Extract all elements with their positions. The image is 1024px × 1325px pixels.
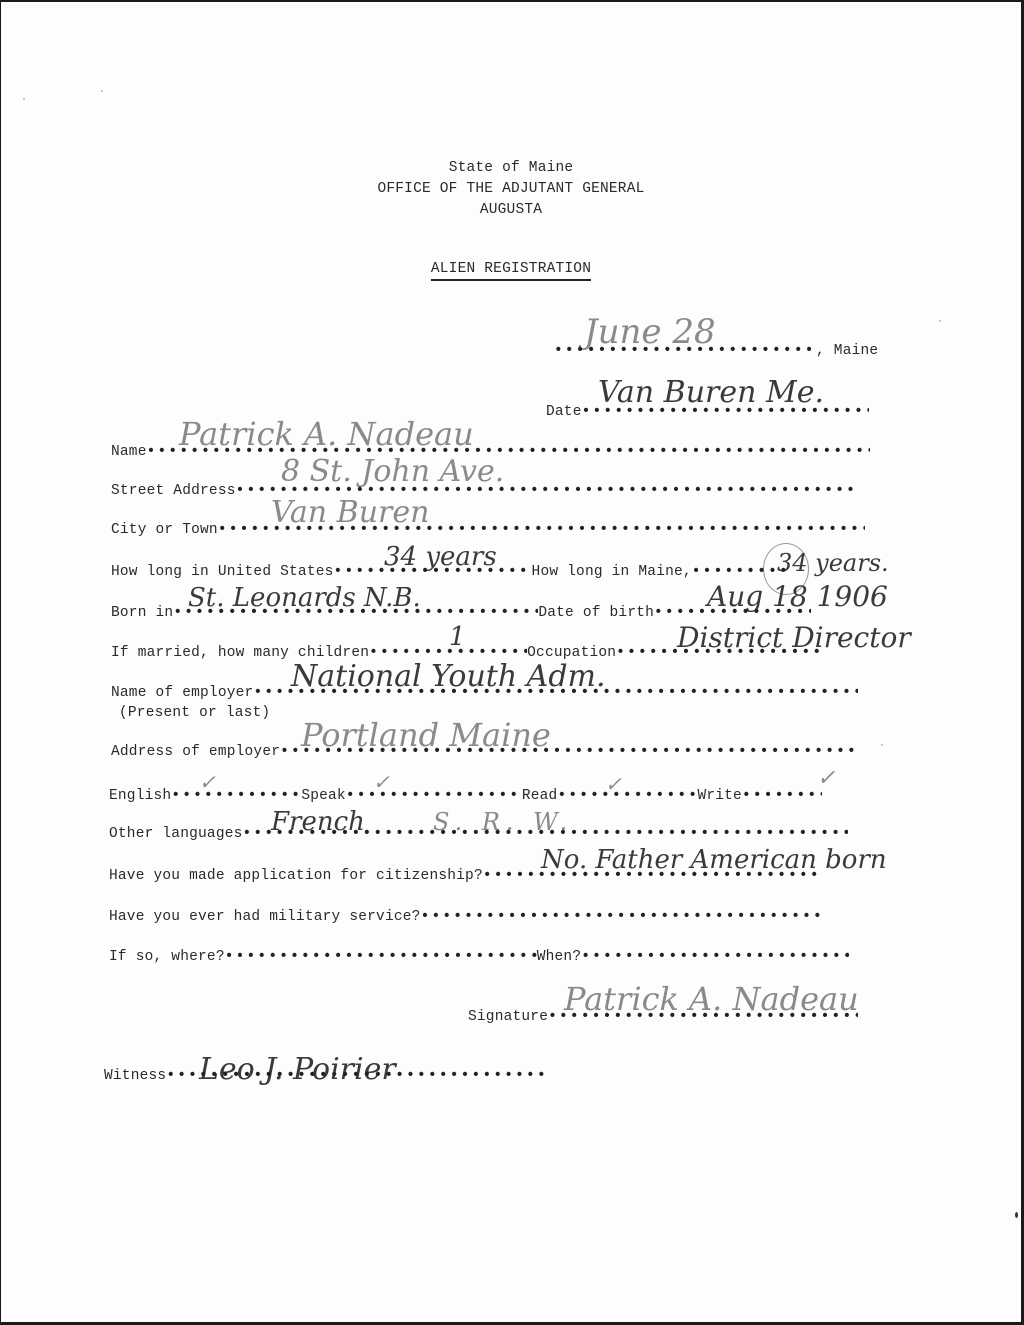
maine-label: , Maine — [816, 343, 878, 359]
street-address-label: Street Address — [111, 483, 236, 499]
place-line: ••••••••••••••••••••••••••••••••••••••••… — [554, 343, 878, 359]
how-long-us-label: How long in United States — [111, 564, 334, 580]
document-page: State of Maine OFFICE OF THE ADJUTANT GE… — [1, 2, 1021, 1322]
date-row: Date •••••••••••••••••••••••••••••••••••… — [546, 404, 869, 420]
english-label: English — [109, 788, 171, 804]
when-field[interactable]: ••••••••••••••••••••••••••••••••••••••• — [581, 949, 849, 965]
how-long-maine-field[interactable]: •••••••••••••• — [692, 564, 792, 580]
signature-row: Signature ••••••••••••••••••••••••••••••… — [468, 1009, 858, 1025]
scan-speck — [1015, 1212, 1018, 1218]
form-title: ALIEN REGISTRATION — [1, 261, 1021, 277]
witness-label: Witness — [104, 1068, 166, 1084]
read-label: Read — [522, 788, 558, 804]
born-in-field[interactable]: ••••••••••••••••••••••••••••••••••••••••… — [173, 605, 538, 621]
employer-name-label: Name of employer — [111, 685, 253, 701]
citizenship-field[interactable]: ••••••••••••••••••••••••••••••••••••••••… — [483, 868, 823, 884]
employer-name-row: Name of employer •••••••••••••••••••••••… — [111, 685, 858, 701]
other-languages-label: Other languages — [109, 826, 243, 842]
where-field[interactable]: ••••••••••••••••••••••••••••••••••••••••… — [225, 949, 537, 965]
where-label: If so, where? — [109, 949, 225, 965]
citizenship-row: Have you made application for citizenshi… — [109, 868, 823, 884]
name-label: Name — [111, 444, 147, 460]
scan-speck — [23, 98, 25, 100]
speak-label: Speak — [301, 788, 346, 804]
citizenship-label: Have you made application for citizenshi… — [109, 868, 483, 884]
state-heading: State of Maine — [1, 160, 1021, 176]
read-field[interactable]: •••••••••••••••••••• — [557, 788, 697, 804]
military-field[interactable]: ••••••••••••••••••••••••••••••••••••••••… — [421, 909, 821, 925]
employer-address-label: Address of employer — [111, 744, 280, 760]
city-field[interactable]: ••••••••••••••••••••••••••••••••••••••••… — [218, 522, 865, 538]
form-title-text: ALIEN REGISTRATION — [431, 261, 591, 281]
scan-speck — [939, 320, 941, 322]
how-long-us-field[interactable]: •••••••••••••••••••••••••••• — [334, 564, 532, 580]
date-of-birth-label: Date of birth — [538, 605, 654, 621]
scan-speck — [101, 90, 103, 92]
other-languages-field[interactable]: ••••••••••••••••••••••••••••••••••••••••… — [243, 826, 848, 842]
witness-row: Witness ••••••••••••••••••••••••••••••••… — [104, 1068, 546, 1084]
employer-name-field[interactable]: ••••••••••••••••••••••••••••••••••••••••… — [253, 685, 858, 701]
how-long-maine-value: 34 years. — [777, 549, 889, 577]
street-address-row: Street Address •••••••••••••••••••••••••… — [111, 483, 858, 499]
scan-speck — [881, 744, 883, 746]
office-heading: OFFICE OF THE ADJUTANT GENERAL — [1, 181, 1021, 197]
when-label: When? — [537, 949, 582, 965]
where-when-row: If so, where? ••••••••••••••••••••••••••… — [109, 949, 849, 965]
name-field[interactable]: ••••••••••••••••••••••••••••••••••••••••… — [147, 444, 870, 460]
occupation-field[interactable]: •••••••••••••••••••••••••••••• — [616, 645, 824, 661]
write-label: Write — [697, 788, 742, 804]
military-label: Have you ever had military service? — [109, 909, 421, 925]
english-field[interactable]: ••••••••••••••••••• — [171, 788, 301, 804]
date-of-birth-field[interactable]: •••••••••••••••••••••• — [654, 605, 811, 621]
how-long-maine-label: How long in Maine, — [532, 564, 692, 580]
other-languages-row: Other languages ••••••••••••••••••••••••… — [109, 826, 848, 842]
how-long-row: How long in United States ••••••••••••••… — [111, 564, 792, 580]
employer-address-field[interactable]: ••••••••••••••••••••••••••••••••••••••••… — [280, 744, 854, 760]
witness-field[interactable]: ••••••••••••••••••••••••••••••••••••••••… — [166, 1068, 546, 1084]
english-row: English ••••••••••••••••••• Speak ••••••… — [109, 788, 822, 804]
signature-label: Signature — [468, 1009, 548, 1025]
city-label: City or Town — [111, 522, 218, 538]
signature-field[interactable]: ••••••••••••••••••••••••••••••••••••••••… — [548, 1009, 858, 1025]
city-row: City or Town •••••••••••••••••••••••••••… — [111, 522, 865, 538]
born-in-label: Born in — [111, 605, 173, 621]
employer-address-row: Address of employer ••••••••••••••••••••… — [111, 744, 854, 760]
write-field[interactable]: •••••••••••• — [742, 788, 822, 804]
date-label: Date — [546, 404, 582, 420]
speak-field[interactable]: •••••••••••••••••••••••••• — [346, 788, 522, 804]
place-dotted-line: •••••••••••••••••••••••••••••••••••••••• — [554, 343, 816, 359]
city-heading: AUGUSTA — [1, 202, 1021, 218]
born-row: Born in ••••••••••••••••••••••••••••••••… — [111, 605, 811, 621]
military-row: Have you ever had military service? ••••… — [109, 909, 821, 925]
employer-sublabel: (Present or last) — [119, 705, 270, 721]
date-dotted-line: ••••••••••••••••••••••••••••••••••••••••… — [582, 404, 869, 420]
